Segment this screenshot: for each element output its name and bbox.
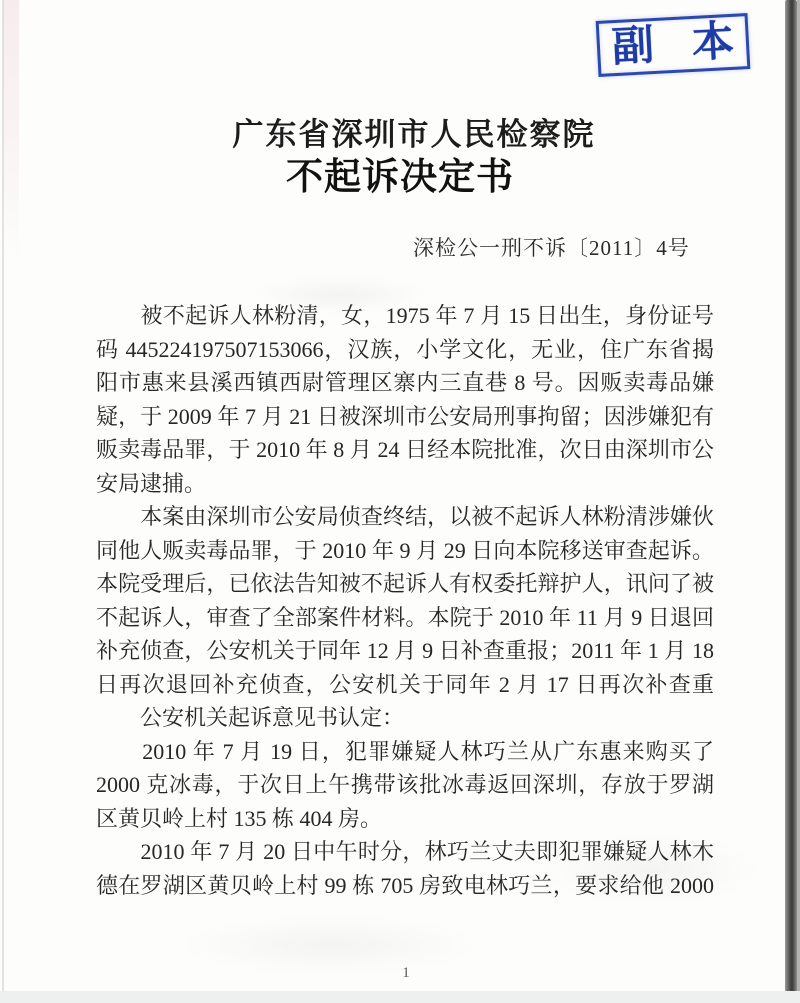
- body-line: 本案由深圳市公安局侦查终结，以被不起诉人林粉清涉嫌伙: [96, 500, 714, 534]
- body-line: 安局逮捕。: [96, 467, 714, 501]
- document-number: 深检公一刑不诉〔2011〕4号: [413, 232, 690, 262]
- body-line: 疑，于 2009 年 7 月 21 日被深圳市公安局刑事拘留；因涉嫌犯有: [96, 400, 714, 434]
- body-line: 码 445224197507153066，汉族，小学文化，无业，住广东省揭: [96, 333, 714, 367]
- body-line: 日再次退回补充侦查，公安机关于同年 2 月 17 日再次补查重报。: [96, 668, 714, 702]
- document-body: 被不起诉人林粉清，女，1975 年 7 月 15 日出生，身份证号码 44522…: [96, 299, 714, 902]
- stamp-char-ben: 本: [691, 21, 735, 65]
- body-line: 阳市惠来县溪西镇西尉管理区寨内三直巷 8 号。因贩卖毒品嫌: [96, 366, 714, 400]
- body-line: 补充侦查，公安机关于同年 12 月 9 日补查重报；2011 年 1 月 18: [96, 634, 714, 668]
- stamp-char-fu: 副: [611, 25, 655, 69]
- body-line: 德在罗湖区黄贝岭上村 99 栋 705 房致电林巧兰，要求给他 2000: [96, 869, 714, 903]
- body-line: 贩卖毒品罪，于 2010 年 8 月 24 日经本院批准，次日由深圳市公: [96, 433, 714, 467]
- page-number: 1: [6, 965, 800, 982]
- scanned-document-page: 副 本 广东省深圳市人民检察院 不起诉决定书 深检公一刑不诉〔2011〕4号 被…: [0, 0, 800, 1003]
- body-line: 2010 年 7 月 20 日中午时分，林巧兰丈夫即犯罪嫌疑人林木: [96, 835, 714, 869]
- body-line: 2010 年 7 月 19 日，犯罪嫌疑人林巧兰从广东惠来购买了: [96, 735, 714, 769]
- body-line: 被不起诉人林粉清，女，1975 年 7 月 15 日出生，身份证号: [96, 299, 714, 333]
- scan-bottom-band: [0, 991, 800, 1003]
- body-line: 本院受理后，已依法告知被不起诉人有权委托辩护人，讯问了被: [96, 567, 714, 601]
- body-line: 公安机关起诉意见书认定：: [96, 701, 714, 735]
- duplicate-copy-stamp: 副 本: [596, 13, 751, 77]
- body-line: 区黄贝岭上村 135 栋 404 房。: [96, 802, 714, 836]
- body-line: 不起诉人，审查了全部案件材料。本院于 2010 年 11 月 9 日退回: [96, 601, 714, 635]
- body-line: 同他人贩卖毒品罪，于 2010 年 9 月 29 日向本院移送审查起诉。: [96, 534, 714, 568]
- scan-right-edge-shadow: [785, 0, 797, 992]
- document-title: 不起诉决定书: [0, 146, 800, 200]
- body-line: 2000 克冰毒，于次日上午携带该批冰毒返回深圳，存放于罗湖: [96, 768, 714, 802]
